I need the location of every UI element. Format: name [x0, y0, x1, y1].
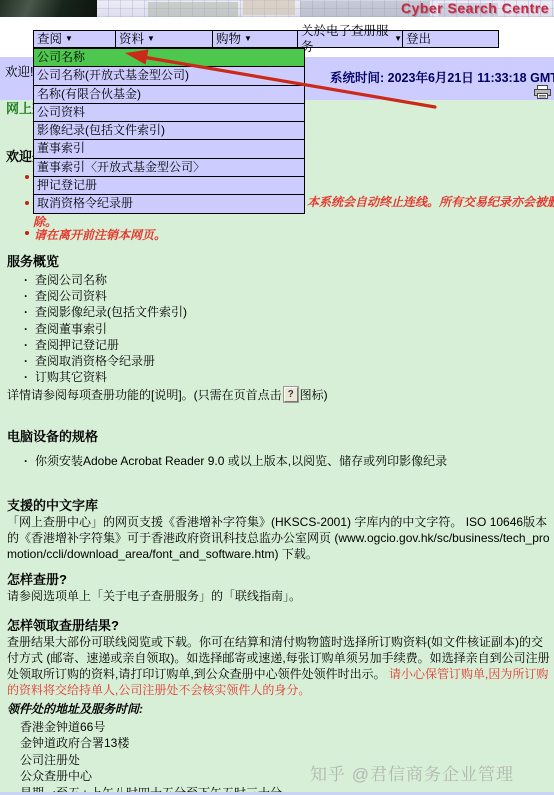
section-heading-how-to-search: 怎样查册?: [7, 569, 552, 588]
requirements-list: 你须安装Adobe Acrobat Reader 9.0 或以上版本,以阅览、储…: [23, 453, 447, 469]
pickup-address-heading: 领件处的地址及服务时间:: [7, 701, 143, 717]
main-menubar: 查阅 ▼ 资料 ▼ 购物 ▼ 关於电子查册服务 ▼ 登出: [33, 30, 499, 48]
address-line: 公众查册中心: [20, 768, 282, 784]
section-heading-how-to-collect: 怎样领取查册结果?: [7, 615, 553, 634]
section-how-to-collect: 怎样领取查册结果? 查册结果大部份可联线阅览或下载。你可在结算和清付购物篮时选择…: [7, 615, 553, 698]
list-item: 查阅押记登记册: [23, 337, 187, 353]
list-item: 订购其它资料: [23, 369, 187, 385]
section-how-to-search: 怎样查册? 请参阅选项单上「关于电子查册服务」的「联线指南」。: [7, 569, 552, 604]
service-list: 查阅公司名称 查阅公司资料 查阅影像纪录(包括文件索引) 查阅董事索引 查阅押记…: [23, 272, 187, 385]
list-item: 查阅公司资料: [23, 288, 187, 304]
dropdown-item-company-name-ofc[interactable]: 公司名称(开放式基金型公司): [34, 67, 304, 85]
cyber-search-centre-page: Cyber Search Centre 查阅 ▼ 资料 ▼ 购物 ▼ 关於电子查…: [0, 0, 554, 795]
dropdown-item-image-records[interactable]: 影像纪录(包括文件索引): [34, 122, 304, 140]
banner-photo-collage: [0, 0, 97, 17]
logout-reminder-notice: 请在离开前注销本网页。: [34, 226, 166, 243]
banner-photo-collage: [148, 2, 238, 17]
list-item: 你须安装Adobe Acrobat Reader 9.0 或以上版本,以阅览、储…: [23, 453, 447, 469]
dropdown-item-company-name[interactable]: 公司名称: [34, 49, 304, 67]
section-heading-overview: 服务概览: [7, 251, 59, 270]
bullet-dot: [25, 175, 29, 179]
dropdown-item-company-particulars[interactable]: 公司资料: [34, 104, 304, 122]
how-to-search-body: 请参阅选项单上「关于电子查册服务」的「联线指南」。: [7, 588, 552, 604]
dropdown-item-disqualification-orders[interactable]: 取消资格令纪录册: [34, 195, 304, 212]
chevron-down-icon: ▼: [147, 35, 155, 43]
menu-item-label: 购物: [216, 31, 241, 47]
menu-item-label: 关於电子查册服务: [301, 23, 391, 55]
bullet-dot: [25, 231, 29, 235]
chevron-down-icon: ▼: [65, 35, 73, 43]
site-title: Cyber Search Centre: [401, 0, 549, 16]
chevron-down-icon: ▼: [394, 35, 402, 43]
address-line: 金钟道政府合署13楼: [20, 735, 282, 751]
detail-note-text: 图标): [300, 388, 328, 402]
menu-item-shopping[interactable]: 购物 ▼: [213, 31, 298, 47]
menu-item-search[interactable]: 查阅 ▼: [34, 31, 116, 47]
session-timeout-notice-fragment: 本系统会自动终止连线。所有交易纪录亦会被删: [307, 193, 554, 210]
list-item: 查阅公司名称: [23, 272, 187, 288]
search-dropdown-menu: 公司名称 公司名称(开放式基金型公司) 名称(有限合伙基金) 公司资料 影像纪录…: [33, 48, 305, 214]
dropdown-item-name-lpf[interactable]: 名称(有限合伙基金): [34, 86, 304, 104]
detail-note-text: 详情请参阅每项查册功能的[说明]。(只需在页首点击: [7, 388, 282, 402]
section-heading-requirements: 电脑设备的规格: [7, 426, 98, 445]
watermark: 知乎 @君信商务企业管理: [310, 760, 514, 785]
menu-item-data[interactable]: 资料 ▼: [116, 31, 213, 47]
pickup-address-block: 香港金钟道66号 金钟道政府合署13楼 公司注册处 公众查册中心 星期一至五 :…: [20, 719, 282, 795]
menu-item-label: 查阅: [37, 31, 62, 47]
menu-item-logout[interactable]: 登出: [403, 31, 498, 47]
section-heading-chinese-font: 支援的中文字库: [7, 495, 552, 514]
address-line: 公司注册处: [20, 752, 282, 768]
banner-photo-collage: [243, 0, 295, 15]
bullet-dot: [25, 201, 29, 205]
how-to-collect-body: 查册结果大部份可联线阅览或下载。你可在结算和清付购物篮时选择所订购资料(如文件核…: [7, 634, 553, 698]
help-icon[interactable]: ?: [284, 387, 298, 402]
chinese-font-body: 「网上查册中心」的网页支援《香港增补字符集》(HKSCS-2001) 字库内的中…: [7, 514, 552, 562]
dropdown-item-register-of-charges[interactable]: 押记登记册: [34, 177, 304, 195]
list-item: 查阅取消资格令纪录册: [23, 353, 187, 369]
welcome-text: 欢迎!: [5, 62, 33, 80]
top-banner: Cyber Search Centre: [0, 0, 554, 17]
address-line: 香港金钟道66号: [20, 719, 282, 735]
menu-item-label: 资料: [119, 31, 144, 47]
dropdown-item-directors-index[interactable]: 董事索引: [34, 140, 304, 158]
section-chinese-font: 支援的中文字库 「网上查册中心」的网页支援《香港增补字符集》(HKSCS-200…: [7, 495, 552, 562]
menu-item-label: 登出: [406, 31, 431, 47]
list-item: 查阅影像纪录(包括文件索引): [23, 304, 187, 320]
menu-item-about-eservices[interactable]: 关於电子查册服务 ▼: [298, 31, 403, 47]
dropdown-item-directors-index-ofc[interactable]: 董事索引〈开放式基金型公司〉: [34, 159, 304, 177]
detail-note: 详情请参阅每项查册功能的[说明]。(只需在页首点击?图标): [7, 387, 328, 403]
list-item: 查阅董事索引: [23, 321, 187, 337]
system-time: 系统时间: 2023年6月21日 11:33:18 GMT +0800: [330, 68, 554, 86]
chevron-down-icon: ▼: [244, 35, 252, 43]
printer-icon[interactable]: [534, 85, 551, 99]
